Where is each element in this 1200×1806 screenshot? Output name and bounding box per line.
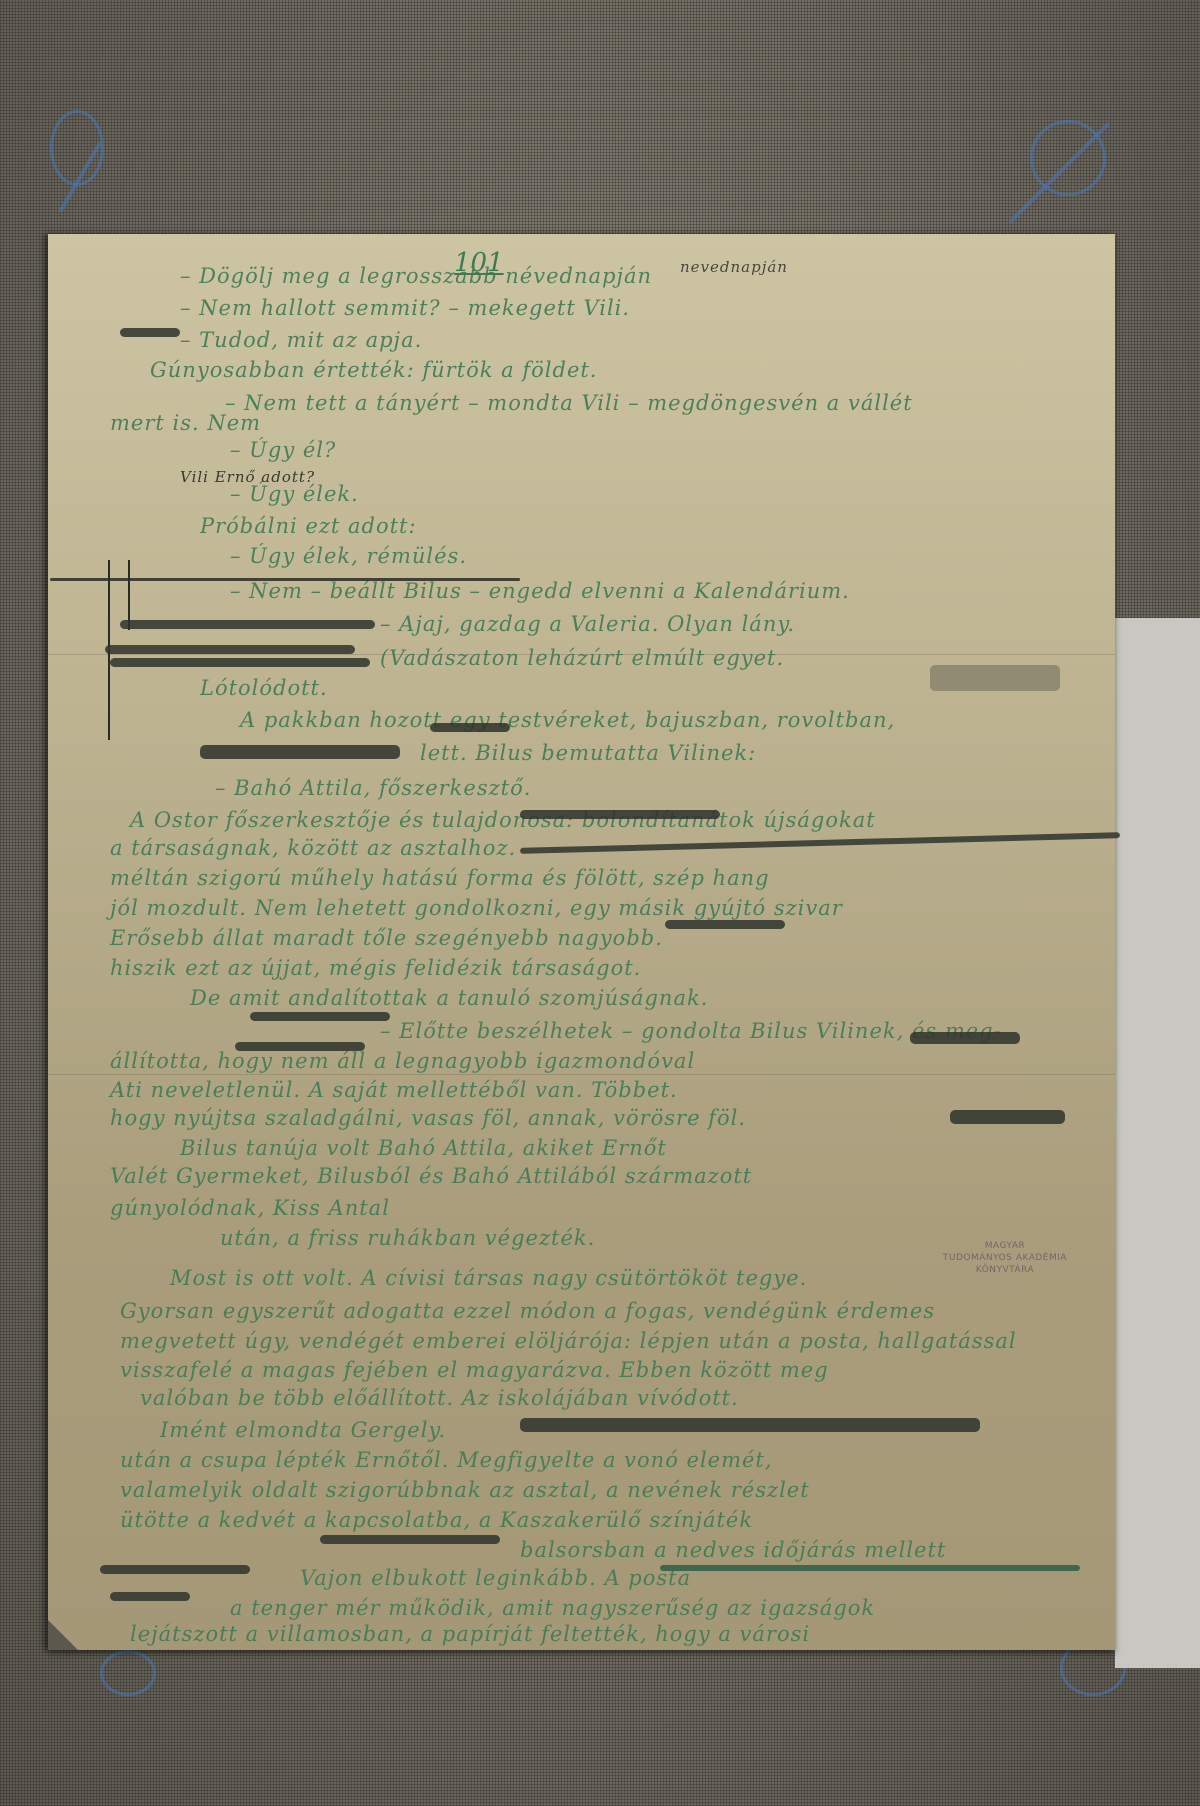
stamp-line: KÖNYVTÁRA xyxy=(940,1264,1070,1276)
manuscript-line: méltán szigorú műhely hatású forma és fö… xyxy=(110,866,770,890)
manuscript-line: Lótolódott. xyxy=(200,676,328,700)
stamp-line: TUDOMÁNYOS AKADÉMIA xyxy=(940,1252,1070,1264)
margin-insertion: Vili Ernő adott? xyxy=(180,468,315,486)
manuscript-line: (Vadászaton leházúrt elmúlt egyet. xyxy=(380,646,784,670)
manuscript-line: – Úgy élek, rémülés. xyxy=(230,544,467,568)
manuscript-line: – Bahó Attila, főszerkesztő. xyxy=(215,776,531,800)
manuscript-line: Ati neveletlenül. A saját mellettéből va… xyxy=(110,1078,678,1102)
underlying-white-sheet xyxy=(1115,618,1200,1668)
manuscript-line: gúnyolódnak, Kiss Antal xyxy=(110,1196,390,1220)
blue-pencil-mark-bottom-left xyxy=(100,1650,156,1696)
manuscript-line: után a csupa lépték Ernőtől. Megfigyelte… xyxy=(120,1448,773,1472)
blue-pencil-mark-top-right xyxy=(1030,120,1106,196)
manuscript-line: – Úgy él? xyxy=(230,438,336,462)
manuscript-line: visszafelé a magas fejében el magyarázva… xyxy=(120,1358,829,1382)
strikethrough xyxy=(665,920,785,929)
stamp-line: MAGYAR xyxy=(940,1240,1070,1252)
manuscript-line: Gúnyosabban értették: fürtök a földet. xyxy=(150,358,597,382)
strikethrough xyxy=(660,1565,1080,1571)
insertion-top-right: nevednapján xyxy=(680,258,788,276)
smudged-correction xyxy=(930,665,1060,691)
manuscript-line: Valét Gyermeket, Bilusból és Bahó Attilá… xyxy=(110,1164,752,1188)
manuscript-line: Gyorsan egyszerűt adogatta ezzel módon a… xyxy=(120,1299,935,1323)
manuscript-line: – Nem hallott semmit? – mekegett Vili. xyxy=(180,296,630,320)
manuscript-line: Imént elmondta Gergely. xyxy=(160,1418,446,1442)
strikethrough xyxy=(430,723,510,732)
manuscript-line: – Ajaj, gazdag a Valeria. Olyan lány. xyxy=(380,612,795,636)
manuscript-line: lett. Bilus bemutatta Vilinek: xyxy=(420,741,756,765)
manuscript-line: De amit andalítottak a tanuló szomjúságn… xyxy=(190,986,708,1010)
manuscript-line: balsorsban a nedves időjárás mellett xyxy=(520,1538,946,1562)
strikethrough xyxy=(100,1565,250,1574)
strikethrough xyxy=(950,1110,1065,1124)
strikethrough xyxy=(235,1042,365,1051)
manuscript-line: Vajon elbukott leginkább. A posta xyxy=(300,1566,691,1590)
manuscript-line: – Dögölj meg a legrosszabb névednapján xyxy=(180,264,652,288)
manuscript-line: – Tudod, mit az apja. xyxy=(180,328,422,352)
manuscript-line: megvetett úgy, vendégét emberei elöljáró… xyxy=(120,1329,1017,1353)
manuscript-line: lejátszott a villamosban, a papírját fel… xyxy=(130,1622,810,1646)
manuscript-line: állította, hogy nem áll a legnagyobb iga… xyxy=(110,1049,695,1073)
manuscript-line: Erősebb állat maradt tőle szegényebb nag… xyxy=(110,926,663,950)
strikethrough xyxy=(105,645,355,654)
strikethrough xyxy=(110,1592,190,1601)
manuscript-line: a tenger mér működik, amit nagyszerűség … xyxy=(230,1596,875,1620)
manuscript-line: a társaságnak, között az asztalhoz. xyxy=(110,836,516,860)
pencil-line xyxy=(50,578,520,581)
manuscript-line: – Előtte beszélhetek – gondolta Bilus Vi… xyxy=(380,1019,1002,1043)
manuscript-line: ütötte a kedvét a kapcsolatba, a Kaszake… xyxy=(120,1508,753,1532)
manuscript-line: – Nem – beállt Bilus – engedd elvenni a … xyxy=(230,579,850,603)
strikethrough xyxy=(320,1535,500,1544)
strikethrough xyxy=(520,1418,980,1432)
manuscript-line: valamelyik oldalt szigorúbbnak az asztal… xyxy=(120,1478,810,1502)
strikethrough xyxy=(520,810,720,819)
strikethrough xyxy=(250,1012,390,1021)
manuscript-line: Próbálni ezt adott: xyxy=(200,514,417,538)
manuscript-line: hiszik ezt az újjat, mégis felidézik tár… xyxy=(110,956,641,980)
manuscript-line: hogy nyújtsa szaladgálni, vasas föl, ann… xyxy=(110,1106,746,1130)
manuscript-line: után, a friss ruhákban végezték. xyxy=(220,1226,595,1250)
manuscript-line: – Nem tett a tányért – mondta Vili – meg… xyxy=(225,391,913,415)
manuscript-line: valóban be több előállított. Az iskolájá… xyxy=(140,1386,739,1410)
strikethrough xyxy=(120,620,375,629)
strikethrough xyxy=(200,745,400,759)
strikethrough xyxy=(910,1032,1020,1044)
manuscript-line: A pakkban hozott egy testvéreket, bajusz… xyxy=(240,708,895,732)
strikethrough xyxy=(120,328,180,337)
paper-fold xyxy=(48,1074,1115,1075)
manuscript-line: mert is. Nem xyxy=(110,411,261,435)
manuscript-line: A Ostor főszerkesztője és tulajdonosa: b… xyxy=(130,808,876,832)
manuscript-line: jól mozdult. Nem lehetett gondolkozni, e… xyxy=(110,896,843,920)
strikethrough xyxy=(110,658,370,667)
library-stamp: MAGYAR TUDOMÁNYOS AKADÉMIA KÖNYVTÁRA xyxy=(940,1240,1070,1276)
manuscript-line: Most is ott volt. A cívisi társas nagy c… xyxy=(170,1266,807,1290)
manuscript-line: Bilus tanúja volt Bahó Attila, akiket Er… xyxy=(180,1136,667,1160)
